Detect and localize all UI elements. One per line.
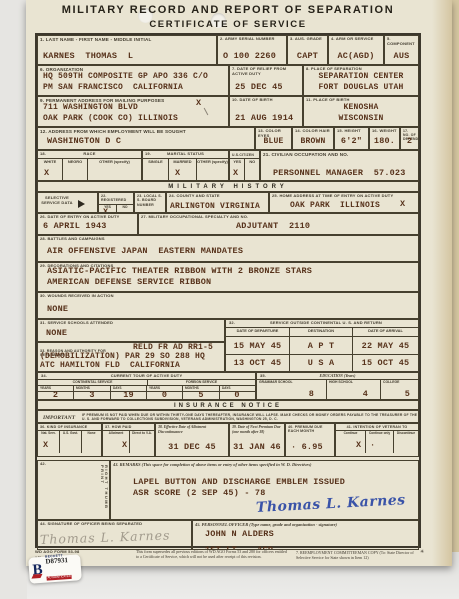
sticker-cert-number: D87931 (45, 557, 71, 566)
field-43-line2: ASR SCORE (2 SEP 45) - 78 (133, 488, 266, 499)
remarks-signature: Thomas L. Karnes (256, 493, 406, 515)
important-word: IMPORTANT (41, 414, 77, 423)
field-7-value: 25 DEC 45 (235, 82, 283, 93)
field-20-citizen: U.S.CITIZEN YES X NO (229, 150, 260, 181)
field-23-label: 23. LOCAL S. S. BOARD NUMBER (135, 193, 165, 208)
field-32-title: SERVICE OUTSIDE CONTINENTAL U. S. AND RE… (234, 320, 418, 327)
field-5-value: AUS (385, 51, 418, 62)
page-curl-shading (432, 0, 452, 566)
continental-service-label: CONTINENTAL SERVICE (38, 380, 147, 385)
field-43-remarks: 43. REMARKS (This space for completion o… (110, 460, 419, 520)
intent-continue-label: Continue (336, 431, 365, 436)
field-10-birth-date: 10. DATE OF BIRTH 21 AUG 1914 (229, 96, 303, 127)
field-28-battles: 28. BATTLES AND CAMPAIGNS AIR OFFENSIVE … (37, 235, 419, 262)
for-years-value: 0 (147, 390, 182, 400)
field-40-premium: 40. PREMIUM DUE EACH MONTH · 6.95 (285, 423, 335, 457)
field-27-specialty: 27. MILITARY OCCUPATIONAL SPECIALTY AND … (138, 213, 419, 235)
overseas-r1-departure: 15 MAY 45 (226, 341, 289, 352)
footer-copy-mark: ✳ (420, 550, 424, 556)
footer-supersede-note: This form supersedes all previous editio… (136, 549, 288, 559)
field-26-entry-date: 26. DATE OF ENTRY ON ACTIVE DUTY 6 APRIL… (37, 213, 138, 235)
footer-copy-note: 7. REEMPLOYMENT COMMITTEEMAN COPY (To: S… (296, 550, 418, 560)
beckett-logo-icon: B (31, 562, 45, 578)
field-10-label: 10. DATE OF BIRTH (230, 97, 302, 104)
registered-no-option: NO (117, 205, 133, 213)
important-text: IF PREMIUM IS NOT PAID WHEN DUE OR WITHI… (80, 412, 419, 422)
field-15-height: 15. HEIGHT 6'2" (334, 127, 369, 150)
field-3-value: CAPT (288, 51, 327, 62)
field-2-value: O 100 2260 (223, 51, 276, 62)
field-35-education: 35. EDUCATION (Years) GRAMMAR SCHOOL 8 H… (256, 372, 419, 400)
ins-natserv-option: Nat. Serv. X (38, 431, 60, 453)
field-42-num: 42. (38, 461, 109, 468)
registered-no-label: NO (117, 205, 133, 210)
field-23-board-number: 23. LOCAL S. S. BOARD NUMBER (134, 192, 166, 213)
paid-allotment-option: Allotment X (103, 431, 130, 453)
field-9-x-mark: X (196, 98, 201, 109)
marital-other-option: OTHER (specify) (197, 159, 228, 180)
sticker-authenticated-label: AUTHENTICATED (47, 575, 72, 580)
field-5-label: 5. COMPONENT (385, 36, 418, 48)
field-38-label: 38. Effective Date of Allotment Disconti… (156, 424, 228, 435)
insurance-notice-title: INSURANCE NOTICE (38, 403, 418, 409)
overseas-col-arrival: DATE OF ARRIVAL (353, 328, 418, 333)
field-28-label: 28. BATTLES AND CAMPAIGNS (38, 236, 418, 243)
ins-usgovt-option: U.S. Govt. (60, 431, 82, 453)
overseas-r2-destination: U S A (290, 358, 352, 369)
field-2-serial: 2. ARMY SERIAL NUMBER O 100 2260 (217, 35, 287, 65)
field-19-marital: 19. MARITAL STATUS SINGLE MARRIED X OTHE… (142, 150, 229, 181)
field-36-label: 36. KIND OF INSURANCE (38, 424, 101, 431)
field-7-label: 7. DATE OF RELIEF FROM ACTIVE DUTY (230, 66, 302, 78)
ins-none-option: None (82, 431, 101, 453)
overseas-r1-arrival: 22 MAY 45 (353, 341, 418, 352)
field-17-dependents: 17. NO. OF DEPENDENTS 2 (400, 127, 419, 150)
overseas-col-departure: DATE OF DEPARTURE (226, 328, 289, 333)
field-12-value: WASHINGTON D C (47, 136, 121, 147)
race-other-label: OTHER (specify) (88, 159, 141, 164)
race-white-option: WHITE X (38, 159, 63, 180)
field-8-separation-place: 8. PLACE OF SEPARATION SEPARATION CENTER… (303, 65, 419, 96)
field-13-eyes: 13. COLOR EYES BLUE (255, 127, 292, 150)
marital-single-label: SINGLE (143, 159, 168, 164)
field-25-entry-address: 25. HOME ADDRESS AT TIME OF ENTRY ON ACT… (269, 192, 419, 213)
grammar-school-label: GRAMMAR SCHOOL (257, 380, 326, 385)
field-18-title: RACE (38, 151, 141, 158)
paid-allotment-label: Allotment (103, 431, 129, 436)
field-25-x-mark: X (400, 199, 405, 210)
field-40-value: · 6.95 (291, 442, 323, 453)
intent-continue-only-mark: · (370, 440, 375, 451)
field-29-decorations: 29. DECORATIONS AND CITATIONS ASIATIC-PA… (37, 262, 419, 292)
ins-none-label: None (82, 431, 101, 436)
intent-discontinue-option: Discontinue (394, 431, 418, 453)
pencil-mark (204, 108, 209, 116)
field-37-label: 37. HOW PAID (103, 424, 154, 431)
field-4-value: AC(AGD) (329, 51, 383, 62)
race-white-label: WHITE (38, 159, 62, 164)
field-6-value: HQ 509TH COMPOSITE GP APO 336 C/O PM SAN… (43, 72, 208, 93)
field-28-value: AIR OFFENSIVE JAPAN EASTERN MANDATES (47, 246, 243, 257)
field-15-label: 15. HEIGHT (335, 128, 368, 135)
paid-allotment-mark: X (122, 440, 127, 451)
insurance-notice-bar: INSURANCE NOTICE (37, 400, 419, 410)
overseas-r2-arrival: 15 OCT 45 (353, 358, 418, 369)
field-4-label: 4. ARM OR SERVICE (329, 36, 383, 43)
field-12-employment-address: 12. ADDRESS FROM WHICH EMPLOYMENT WILL B… (37, 127, 255, 150)
field-41-label: 41. INTENTION OF VETERAN TO (336, 424, 418, 431)
field-37-how-paid: 37. HOW PAID Allotment X Direct to V.A. (102, 423, 155, 457)
ins-natserv-mark: X (43, 440, 48, 451)
high-school-value: 4 (363, 389, 368, 400)
field-24-label: 24. COUNTY AND STATE (167, 193, 268, 200)
field-41-intention: 41. INTENTION OF VETERAN TO Continue X C… (335, 423, 419, 457)
field-9-address: 9. PERMANENT ADDRESS FOR MAILING PURPOSE… (37, 96, 229, 127)
race-negro-option: NEGRO (63, 159, 88, 180)
field-29-value: ASIATIC-PACIFIC THEATER RIBBON WITH 2 BR… (47, 266, 312, 288)
field-39-label: 39. Date of Next Premium Due (one month … (230, 424, 284, 435)
field-39-next-premium: 39. Date of Next Premium Due (one month … (229, 423, 285, 457)
field-40-label: 40. PREMIUM DUE EACH MONTH (286, 424, 334, 435)
selective-service-box: SELECTIVE SERVICE DATA (37, 192, 98, 213)
field-30-label: 30. WOUNDS RECEIVED IN ACTION (38, 293, 418, 300)
marital-married-label: MARRIED (169, 159, 196, 164)
field-34-title: CURRENT TOUR OF ACTIVE DUTY (38, 373, 255, 380)
field-16-value: 180. (370, 136, 399, 147)
citizen-no-label: NO (245, 159, 259, 164)
form-title: MILITARY RECORD AND REPORT OF SEPARATION… (35, 4, 421, 31)
overseas-row: 13 OCT 45 U S A 15 OCT 45 (226, 355, 418, 371)
authentication-sticker: B BECKETT D87931 AUTHENTICATED (28, 554, 82, 584)
paid-direct-option: Direct to V.A. (130, 431, 154, 453)
field-5-component: 5. COMPONENT AUS (384, 35, 419, 65)
field-38-value: 31 DEC 45 (156, 442, 228, 453)
field-3-grade: 3. AUS. GRADE CAPT (287, 35, 328, 65)
field-43-label: 43. REMARKS (This space for completion o… (111, 461, 418, 468)
field-2-label: 2. ARMY SERIAL NUMBER (218, 36, 286, 43)
field-35-title: EDUCATION (Years) (257, 373, 418, 380)
field-18-race: 18. RACE WHITE X NEGRO OTHER (specify) (37, 150, 142, 181)
selective-service-label: SELECTIVE SERVICE DATA (38, 193, 76, 207)
form-page: MILITARY RECORD AND REPORT OF SEPARATION… (26, 0, 452, 566)
field-26-label: 26. DATE OF ENTRY ON ACTIVE DUTY (38, 214, 137, 221)
ins-natserv-label: Nat. Serv. (38, 431, 59, 436)
marital-married-mark: X (175, 168, 180, 179)
field-19-title: MARITAL STATUS (143, 151, 228, 158)
form-table: 1. LAST NAME - FIRST NAME - MIDDLE INITI… (35, 33, 421, 548)
military-history-bar: MILITARY HISTORY (37, 181, 419, 192)
field-21-occupation: 21. CIVILIAN OCCUPATION AND NO. PERSONNE… (260, 150, 419, 181)
grammar-school-value: 8 (309, 389, 314, 400)
field-14-label: 14. COLOR HAIR (293, 128, 333, 135)
field-1-label: 1. LAST NAME - FIRST NAME - MIDDLE INITI… (38, 36, 216, 44)
intent-continue-only-option: Continue only · (366, 431, 394, 453)
field-25-value: OAK PARK ILLINOIS (290, 201, 380, 211)
field-36-kind: 36. KIND OF INSURANCE Nat. Serv. X U.S. … (37, 423, 102, 457)
cont-days-value: 19 (111, 390, 146, 400)
field-31-label: 31. SERVICE SCHOOLS ATTENDED (38, 320, 224, 327)
field-33-separation-reason: 33. REASON AND AUTHORITY FOR SEPARATION … (37, 342, 225, 372)
intent-continue-option: Continue X (336, 431, 366, 453)
field-33-line3: ATC HAMILTON FLD CALIFORNIA (40, 361, 180, 371)
marital-other-label: OTHER (specify) (197, 159, 228, 164)
cont-years-value: 2 (38, 390, 73, 400)
field-44-officer-signature: 44. SIGNATURE OF OFFICER BEING SEPARATED… (37, 520, 192, 550)
field-26-value: 6 APRIL 1943 (43, 221, 107, 232)
field-17-value: 2 (401, 136, 418, 147)
insurance-important-row: IMPORTANT IF PREMIUM IS NOT PAID WHEN DU… (37, 410, 419, 423)
field-39-value: 31 JAN 46 (230, 442, 284, 453)
field-42-vertical-label: RIGHT THUMB PRINT (100, 465, 108, 517)
field-31-value: NONE (46, 328, 67, 339)
high-school-label: HIGH SCHOOL (327, 380, 380, 385)
field-16-label: 16. WEIGHT (370, 128, 399, 135)
field-24-county-state: 24. COUNTY AND STATE ARLINGTON VIRGINIA (166, 192, 269, 213)
field-9-value: 711 WASHINGTON BLVD OAK PARK (COOK CO) I… (43, 103, 178, 124)
field-21-label: 21. CIVILIAN OCCUPATION AND NO. (261, 151, 418, 159)
field-1-name: 1. LAST NAME - FIRST NAME - MIDDLE INITI… (37, 35, 217, 65)
officer-signature: Thomas L. Karnes (40, 529, 171, 546)
field-14-value: BROWN (293, 137, 333, 147)
field-43-line1: LAPEL BUTTON AND DISCHARGE EMBLEM ISSUED (133, 477, 345, 488)
citizen-yes-option: YES X (230, 159, 245, 180)
field-10-value: 21 AUG 1914 (235, 113, 293, 124)
form-title-line1: MILITARY RECORD AND REPORT OF SEPARATION (35, 4, 421, 17)
field-38-discontinuance: 38. Effective Date of Allotment Disconti… (155, 423, 229, 457)
paid-direct-label: Direct to V.A. (130, 431, 154, 436)
for-days-value: 0 (220, 390, 254, 400)
marital-single-option: SINGLE (143, 159, 169, 180)
overseas-r1-destination: A P T (290, 341, 352, 352)
field-31-schools: 31. SERVICE SCHOOLS ATTENDED NONE (37, 319, 225, 342)
field-30-wounds: 30. WOUNDS RECEIVED IN ACTION NONE (37, 292, 419, 319)
intent-discontinue-label: Discontinue (394, 431, 418, 436)
race-white-mark: X (44, 168, 49, 179)
intent-continue-only-label: Continue only (366, 431, 393, 436)
field-7-relief-date: 7. DATE OF RELIEF FROM ACTIVE DUTY 25 DE… (229, 65, 303, 96)
field-42-thumb-print: 42. RIGHT THUMB PRINT (37, 460, 110, 520)
field-8-value: SEPARATION CENTER FORT DOUGLAS UTAH (304, 72, 418, 93)
college-value: 5 (405, 389, 410, 400)
for-months-value: 5 (183, 390, 219, 400)
field-24-value: ARLINGTON VIRGINIA (170, 202, 260, 212)
overseas-col-destination: DESTINATION (290, 328, 352, 333)
field-1-value: KARNES THOMAS L (43, 51, 133, 62)
field-25-label: 25. HOME ADDRESS AT TIME OF ENTRY ON ACT… (270, 193, 418, 200)
field-16-weight: 16. WEIGHT 180. (369, 127, 400, 150)
field-12-label: 12. ADDRESS FROM WHICH EMPLOYMENT WILL B… (38, 128, 254, 136)
cont-months-value: 3 (74, 390, 110, 400)
citizen-yes-label: YES (230, 159, 244, 164)
field-14-hair: 14. COLOR HAIR BROWN (292, 127, 334, 150)
arrow-right-icon (78, 200, 85, 208)
overseas-row: 15 MAY 45 A P T 22 MAY 45 (226, 337, 418, 355)
field-32-overseas-service: 32. SERVICE OUTSIDE CONTINENTAL U. S. AN… (225, 319, 419, 372)
field-27-value: ADJUTANT 2110 (236, 221, 310, 232)
field-34-tour: 34. CURRENT TOUR OF ACTIVE DUTY CONTINEN… (37, 372, 256, 400)
field-30-value: NONE (47, 304, 68, 315)
document-scan: MILITARY RECORD AND REPORT OF SEPARATION… (0, 0, 459, 599)
scanner-margin-left (0, 0, 27, 599)
field-22-label: 22. REGISTERED (99, 193, 133, 204)
field-27-label: 27. MILITARY OCCUPATIONAL SPECIALTY AND … (139, 214, 418, 221)
registered-yes-option: YES X (99, 205, 117, 213)
field-15-value: 6'2" (335, 136, 368, 147)
college-label: COLLEGE (381, 380, 418, 385)
race-other-option: OTHER (specify) (88, 159, 141, 180)
form-title-line2: CERTIFICATE OF SERVICE (35, 19, 421, 30)
field-11-value: KENOSHA WISCONSIN (304, 103, 418, 124)
field-22-registered: 22. REGISTERED YES X NO (98, 192, 134, 213)
field-6-organization: 6. ORGANIZATION HQ 509TH COMPOSITE GP AP… (37, 65, 229, 96)
intent-continue-mark: X (356, 440, 361, 451)
field-45-personnel-officer: 45. PERSONNEL OFFICER (Type name, grade … (192, 520, 419, 550)
race-negro-label: NEGRO (63, 159, 87, 164)
foreign-service-label: FOREIGN SERVICE (148, 380, 255, 385)
marital-married-option: MARRIED X (169, 159, 197, 180)
field-20-title: U.S.CITIZEN (230, 152, 256, 158)
overseas-r2-departure: 13 OCT 45 (226, 358, 289, 369)
field-3-label: 3. AUS. GRADE (288, 36, 327, 43)
field-13-value: BLUE (256, 137, 291, 147)
military-history-title: MILITARY HISTORY (38, 184, 418, 190)
citizen-no-option: NO (245, 159, 259, 180)
field-11-birth-place: 11. PLACE OF BIRTH KENOSHA WISCONSIN (303, 96, 419, 127)
citizen-yes-mark: X (233, 168, 238, 179)
ins-usgovt-label: U.S. Govt. (60, 431, 81, 436)
field-4-arm: 4. ARM OR SERVICE AC(AGD) (328, 35, 384, 65)
field-45-label: 45. PERSONNEL OFFICER (Type name, grade … (193, 521, 418, 528)
field-21-value: PERSONNEL MANAGER 57.023 (273, 168, 406, 179)
